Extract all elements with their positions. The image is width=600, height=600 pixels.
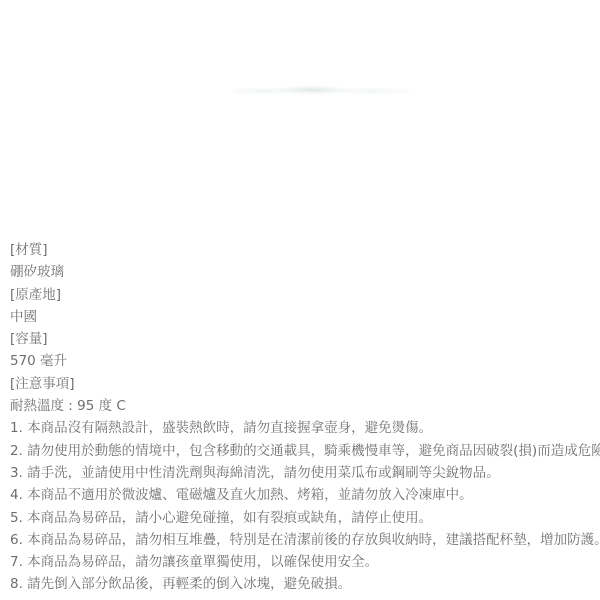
heat-resistance-value: 耐熱溫度 : 95 度 C [10,395,600,417]
origin-section-label: [原產地] [10,284,600,306]
notice-section-label: [注意事項] [10,373,600,395]
product-description-page: [材質] 硼矽玻璃 [原產地] 中國 [容量] 570 毫升 [注意事項] 耐熱… [0,0,600,600]
notice-item-1: 1. 本商品沒有隔熱設計，盛裝熱飲時，請勿直接握拿壺身，避免燙傷。 [10,417,600,439]
material-section-label: [材質] [10,239,600,261]
notice-item-8: 8. 請先倒入部分飲品後，再輕柔的倒入冰塊，避免破損。 [10,573,600,595]
notice-item-4: 4. 本商品不適用於微波爐、電磁爐及直火加熱、烤箱，並請勿放入冷凍庫中。 [10,484,600,506]
origin-value: 中國 [10,306,600,328]
product-info-text-block: [材質] 硼矽玻璃 [原產地] 中國 [容量] 570 毫升 [注意事項] 耐熱… [10,239,600,596]
notice-item-7: 7. 本商品為易碎品，請勿讓孩童單獨使用，以確保使用安全。 [10,551,600,573]
notice-item-6: 6. 本商品為易碎品，請勿相互堆疊，特別是在清潔前後的存放與收納時，建議搭配杯墊… [10,529,600,551]
faint-product-photo-remnant [233,84,413,96]
notice-item-2: 2. 請勿使用於動態的情境中，包含移動的交通載具，騎乘機慢車等，避免商品因破裂(… [10,440,600,462]
capacity-value: 570 毫升 [10,350,600,372]
material-value: 硼矽玻璃 [10,261,600,283]
notice-item-3: 3. 請手洗，並請使用中性清洗劑與海綿清洗，請勿使用菜瓜布或鋼刷等尖銳物品。 [10,462,600,484]
capacity-section-label: [容量] [10,328,600,350]
notice-item-5: 5. 本商品為易碎品，請小心避免碰撞，如有裂痕或缺角，請停止使用。 [10,507,600,529]
